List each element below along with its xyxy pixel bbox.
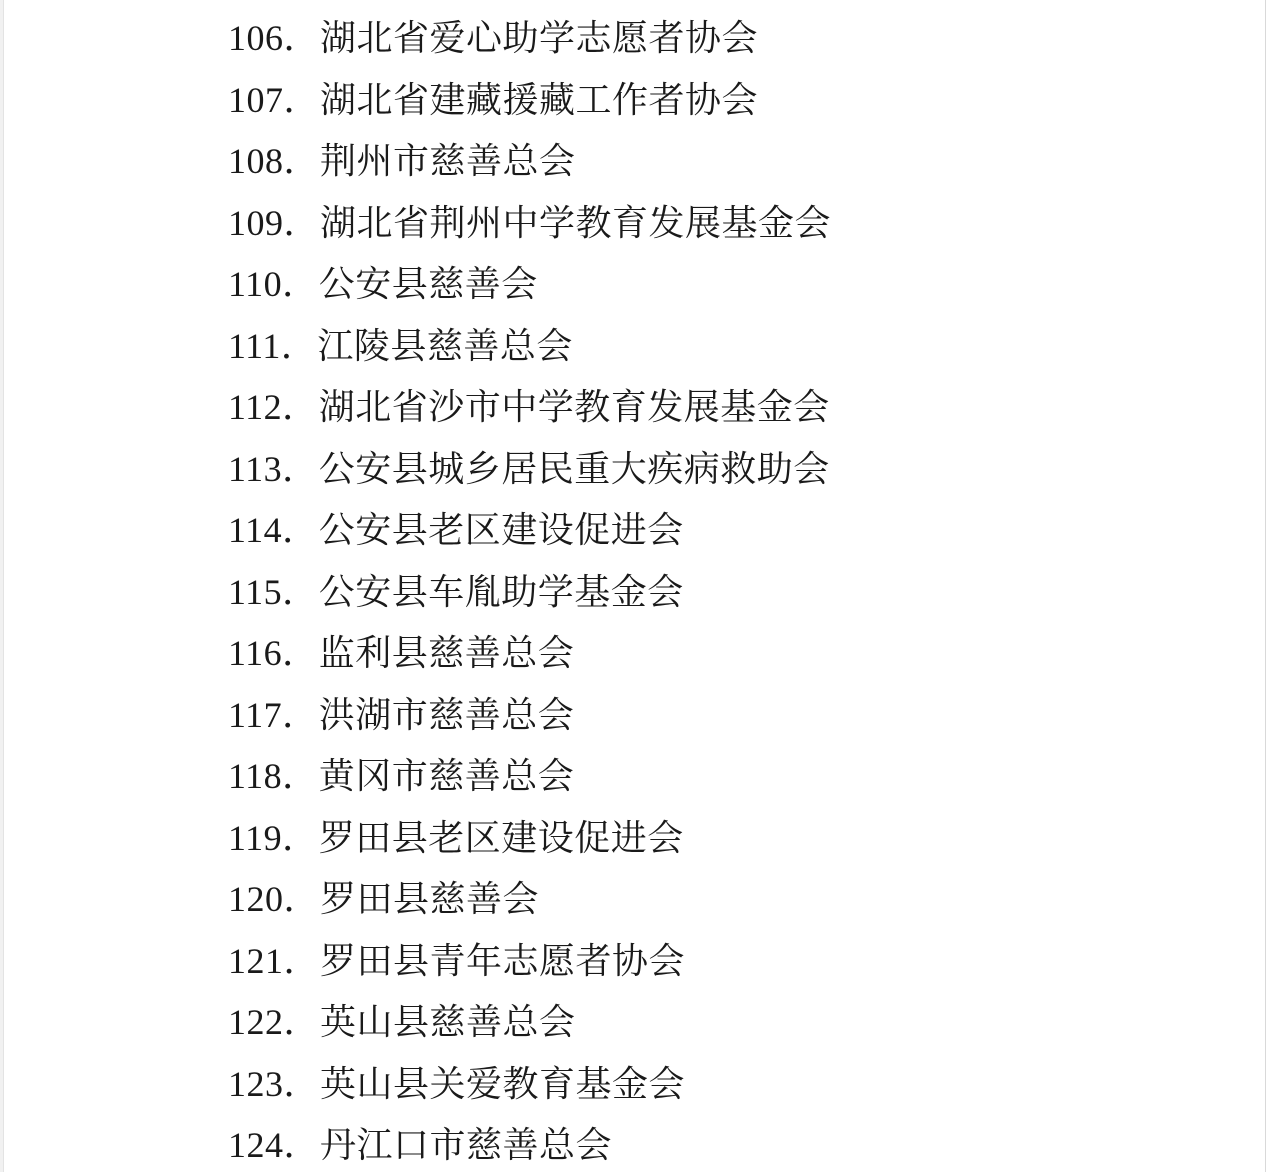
item-number: 120 [228,879,284,919]
item-name: 丹江口市慈善总会 [320,1125,612,1165]
item-number: 113 [228,449,282,489]
item-separator: ． [282,808,319,870]
list-item: 107．湖北省建藏援藏工作者协会 [228,70,1274,132]
item-number: 110 [228,264,282,304]
item-separator: ． [284,869,321,931]
page-right-edge-line [1265,0,1266,1172]
item-name: 罗田县老区建设促进会 [319,818,684,858]
item-number: 117 [228,695,282,735]
item-name: 英山县慈善总会 [320,1002,576,1042]
item-separator: ． [282,562,319,624]
item-name: 江陵县慈善总会 [317,326,573,366]
list-item: 113．公安县城乡居民重大疾病救助会 [228,439,1274,501]
item-number: 107 [228,80,284,120]
item-number: 106 [228,18,284,58]
list-item: 115．公安县车胤助学基金会 [228,562,1274,624]
item-number: 108 [228,141,284,181]
item-name: 洪湖市慈善总会 [319,695,575,735]
item-number: 122 [228,1002,284,1042]
item-separator: ． [281,316,318,378]
item-name: 黄冈市慈善总会 [319,756,575,796]
list-item: 122．英山县慈善总会 [228,992,1274,1054]
item-separator: ． [284,70,321,132]
item-name: 罗田县慈善会 [320,879,539,919]
list-item: 119．罗田县老区建设促进会 [228,808,1274,870]
item-separator: ． [284,1115,321,1172]
item-separator: ． [282,377,319,439]
list-item: 121．罗田县青年志愿者协会 [228,931,1274,993]
list-item: 114．公安县老区建设促进会 [228,500,1274,562]
document-page: 106．湖北省爱心助学志愿者协会 107．湖北省建藏援藏工作者协会 108．荆州… [0,0,1274,1172]
list-item: 110．公安县慈善会 [228,254,1274,316]
list-item: 111．江陵县慈善总会 [228,316,1274,378]
item-name: 监利县慈善总会 [319,633,575,673]
item-separator: ． [284,131,321,193]
list-item: 116．监利县慈善总会 [228,623,1274,685]
item-separator: ． [282,254,319,316]
item-separator: ． [284,1054,321,1116]
item-separator: ． [284,8,321,70]
item-number: 124 [228,1125,284,1165]
item-separator: ． [282,500,319,562]
item-name: 湖北省爱心助学志愿者协会 [320,18,758,58]
item-separator: ． [284,992,321,1054]
item-number: 123 [228,1064,284,1104]
item-name: 罗田县青年志愿者协会 [320,941,685,981]
item-name: 湖北省沙市中学教育发展基金会 [319,387,830,427]
item-name: 公安县慈善会 [319,264,538,304]
item-separator: ． [284,193,321,255]
item-name: 湖北省建藏援藏工作者协会 [320,80,758,120]
item-number: 119 [228,818,282,858]
item-separator: ． [284,931,321,993]
organization-list: 106．湖北省爱心助学志愿者协会 107．湖北省建藏援藏工作者协会 108．荆州… [0,0,1274,1172]
item-name: 公安县老区建设促进会 [319,510,684,550]
item-number: 116 [228,633,282,673]
item-separator: ． [282,439,319,501]
item-number: 111 [228,326,281,366]
list-item: 109．湖北省荆州中学教育发展基金会 [228,193,1274,255]
item-name: 湖北省荆州中学教育发展基金会 [320,203,831,243]
item-separator: ． [282,623,319,685]
item-number: 112 [228,387,282,427]
list-item: 124．丹江口市慈善总会 [228,1115,1274,1172]
list-item: 118．黄冈市慈善总会 [228,746,1274,808]
item-name: 荆州市慈善总会 [320,141,576,181]
item-number: 121 [228,941,284,981]
list-item: 123．英山县关爱教育基金会 [228,1054,1274,1116]
list-item: 120．罗田县慈善会 [228,869,1274,931]
item-name: 公安县城乡居民重大疾病救助会 [319,449,830,489]
item-number: 109 [228,203,284,243]
item-separator: ． [282,746,319,808]
item-number: 115 [228,572,282,612]
list-item: 106．湖北省爱心助学志愿者协会 [228,8,1274,70]
item-name: 公安县车胤助学基金会 [319,572,684,612]
item-number: 118 [228,756,282,796]
list-item: 117．洪湖市慈善总会 [228,685,1274,747]
item-separator: ． [282,685,319,747]
item-name: 英山县关爱教育基金会 [320,1064,685,1104]
item-number: 114 [228,510,282,550]
list-item: 112．湖北省沙市中学教育发展基金会 [228,377,1274,439]
page-left-edge-line [0,0,4,1172]
list-item: 108．荆州市慈善总会 [228,131,1274,193]
